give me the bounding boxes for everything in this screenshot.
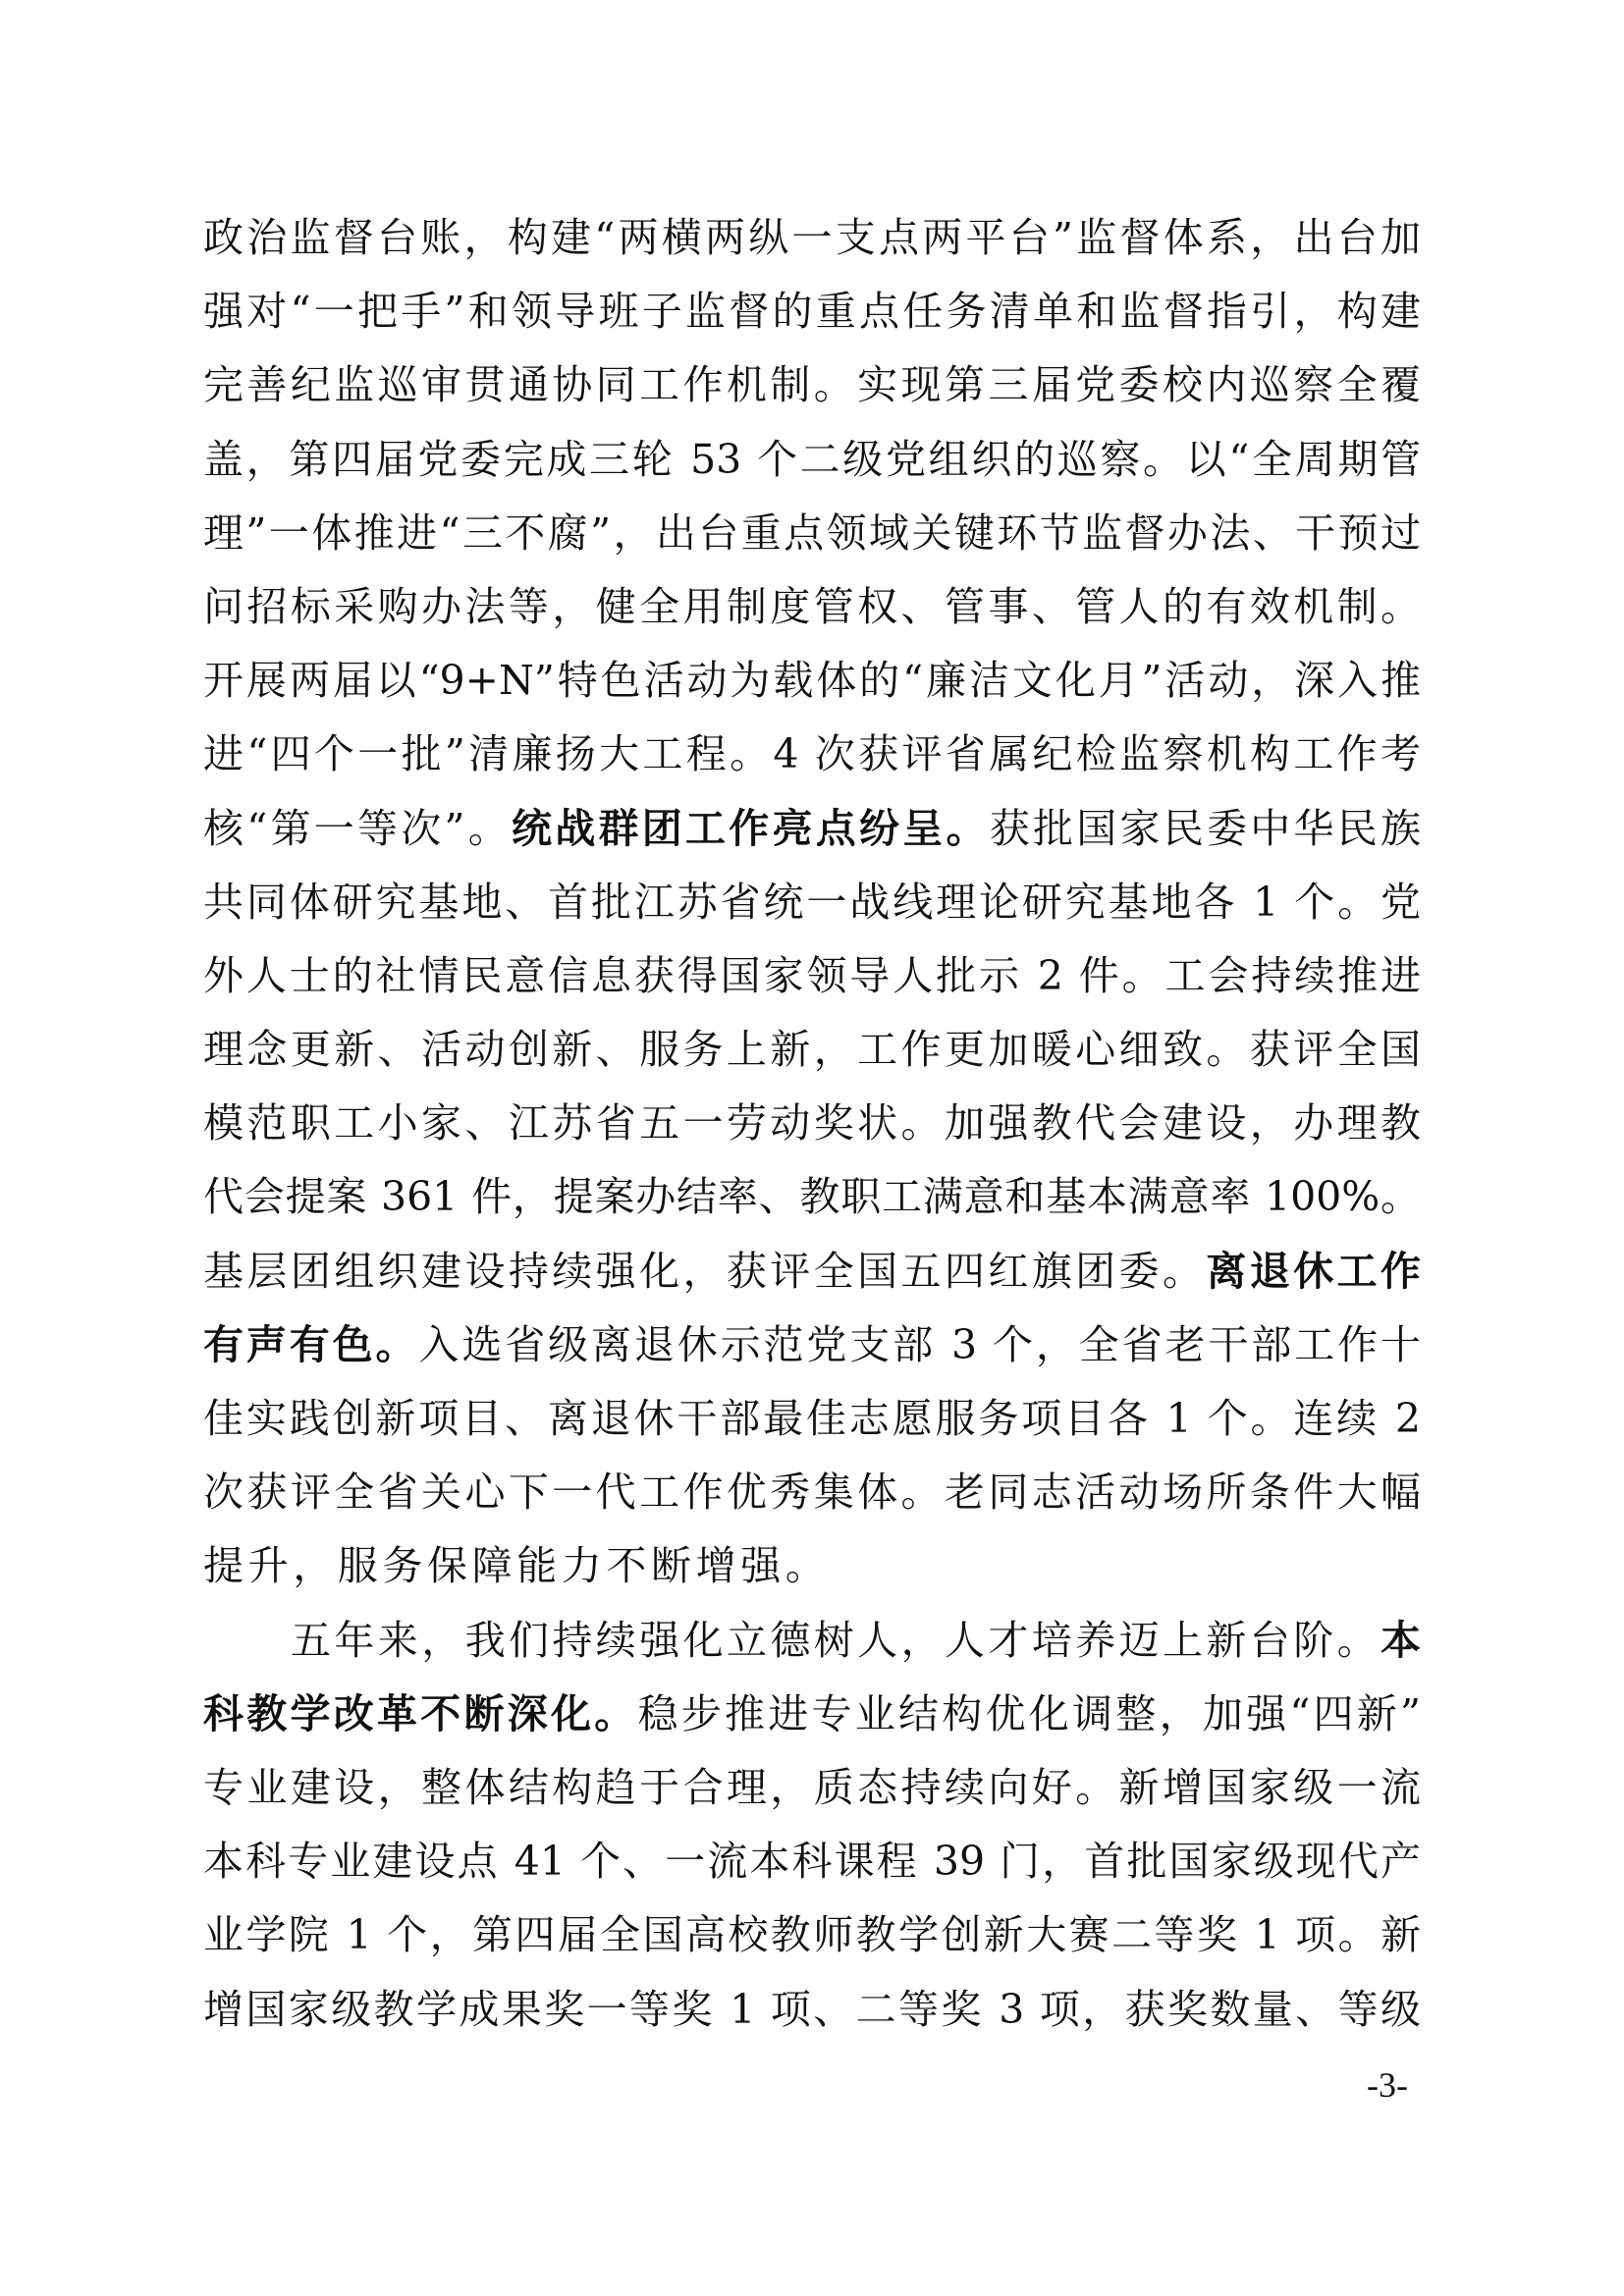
body-text-segment: 理念更新、活动创新、服务上新，工作更加暖心细致。获评全国: [203, 1026, 1421, 1073]
bold-heading-text: 本: [1380, 1617, 1421, 1664]
text-line: 基层团组织建设持续强化，获评全国五四红旗团委。离退休工作: [203, 1242, 1421, 1315]
text-line: 有声有色。入选省级离退休示范党支部 3 个，全省老干部工作十: [203, 1315, 1421, 1389]
body-text-segment: 基层团组织建设持续强化，获评全国五四红旗团委。: [203, 1248, 1206, 1295]
body-text-segment: 专业建设，整体结构趋于合理，质态持续向好。新增国家级一流: [203, 1764, 1421, 1811]
text-line: 核“第一等次”。统战群团工作亮点纷呈。获批国家民委中华民族: [203, 799, 1421, 873]
body-text-segment: 模范职工小家、江苏省五一劳动奖状。加强教代会建设，办理教: [203, 1099, 1421, 1147]
body-text-segment: 代会提案 361 件，提案办结率、教职工满意和基本满意率 100%。: [203, 1173, 1421, 1220]
body-text-segment: 问招标采购办法等，健全用制度管权、管事、管人的有效机制。: [203, 583, 1421, 630]
text-line: 强对“一把手”和领导班子监督的重点任务清单和监督指引，构建: [203, 282, 1421, 355]
body-text-segment: 增国家级教学成果奖一等奖 1 项、二等奖 3 项，获奖数量、等级: [203, 1986, 1421, 2033]
body-text-segment: 外人士的社情民意信息获得国家领导人批示 2 件。工会持续推进: [203, 952, 1421, 999]
text-line: 理念更新、活动创新、服务上新，工作更加暖心细致。获评全国: [203, 1020, 1421, 1094]
bold-heading-text: 统战群团工作亮点纷呈。: [512, 805, 990, 852]
text-line: 提升，服务保障能力不断增强。: [203, 1536, 1421, 1610]
body-text-segment: 强对“一把手”和领导班子监督的重点任务清单和监督指引，构建: [203, 288, 1421, 335]
body-text-segment: 获批国家民委中华民族: [990, 805, 1421, 852]
body-text-segment: 本科专业建设点 41 个、一流本科课程 39 门，首批国家级现代产: [203, 1838, 1421, 1885]
paragraph: 五年来，我们持续强化立德树人，人才培养迈上新台阶。本科教学改革不断深化。稳步推进…: [203, 1611, 1421, 2054]
bold-heading-text: 有声有色。: [203, 1321, 418, 1368]
text-line: 政治监督台账，构建“两横两纵一支点两平台”监督体系，出台加: [203, 208, 1421, 282]
body-text-segment: 业学院 1 个，第四届全国高校教师教学创新大赛二等奖 1 项。新: [203, 1911, 1421, 1958]
text-line: 科教学改革不断深化。稳步推进专业结构优化调整，加强“四新”: [203, 1684, 1421, 1758]
body-text-segment: 五年来，我们持续强化立德树人，人才培养迈上新台阶。: [291, 1617, 1380, 1664]
text-line: 五年来，我们持续强化立德树人，人才培养迈上新台阶。本: [203, 1611, 1421, 1684]
bold-heading-text: 离退休工作: [1206, 1248, 1421, 1295]
document-page: 政治监督台账，构建“两横两纵一支点两平台”监督体系，出台加强对“一把手”和领导班…: [0, 0, 1624, 2296]
body-text-segment: 共同体研究基地、首批江苏省统一战线理论研究基地各 1 个。党: [203, 879, 1421, 926]
body-text-segment: 提升，服务保障能力不断增强。: [203, 1542, 830, 1589]
text-line: 佳实践创新项目、离退休干部最佳志愿服务项目各 1 个。连续 2: [203, 1389, 1421, 1463]
bold-heading-text: 科教学改革不断深化。: [203, 1690, 638, 1737]
text-line: 外人士的社情民意信息获得国家领导人批示 2 件。工会持续推进: [203, 946, 1421, 1020]
body-text-segment: 稳步推进专业结构优化调整，加强“四新”: [638, 1690, 1421, 1737]
text-line: 本科专业建设点 41 个、一流本科课程 39 门，首批国家级现代产: [203, 1832, 1421, 1905]
body-text-segment: 理”一体推进“三不腐”，出台重点领域关键环节监督办法、干预过: [203, 509, 1421, 557]
text-line: 模范职工小家、江苏省五一劳动奖状。加强教代会建设，办理教: [203, 1094, 1421, 1167]
text-line: 问招标采购办法等，健全用制度管权、管事、管人的有效机制。: [203, 577, 1421, 651]
text-line: 业学院 1 个，第四届全国高校教师教学创新大赛二等奖 1 项。新: [203, 1905, 1421, 1979]
paragraph: 政治监督台账，构建“两横两纵一支点两平台”监督体系，出台加强对“一把手”和领导班…: [203, 208, 1421, 1611]
text-line: 专业建设，整体结构趋于合理，质态持续向好。新增国家级一流: [203, 1758, 1421, 1832]
text-line: 代会提案 361 件，提案办结率、教职工满意和基本满意率 100%。: [203, 1167, 1421, 1241]
body-text-segment: 盖，第四届党委完成三轮 53 个二级党组织的巡察。以“全周期管: [203, 436, 1421, 483]
text-line: 增国家级教学成果奖一等奖 1 项、二等奖 3 项，获奖数量、等级: [203, 1980, 1421, 2054]
text-line: 完善纪监巡审贯通协同工作机制。实现第三届党委校内巡察全覆: [203, 355, 1421, 429]
text-line: 盖，第四届党委完成三轮 53 个二级党组织的巡察。以“全周期管: [203, 430, 1421, 504]
body-text-segment: 佳实践创新项目、离退休干部最佳志愿服务项目各 1 个。连续 2: [203, 1395, 1421, 1442]
text-line: 进“四个一批”清廉扬大工程。4 次获评省属纪检监察机构工作考: [203, 724, 1421, 798]
body-text: 政治监督台账，构建“两横两纵一支点两平台”监督体系，出台加强对“一把手”和领导班…: [203, 208, 1421, 2054]
text-line: 理”一体推进“三不腐”，出台重点领域关键环节监督办法、干预过: [203, 504, 1421, 577]
page-number: -3-: [1367, 2065, 1408, 2105]
body-text-segment: 次获评全省关心下一代工作优秀集体。老同志活动场所条件大幅: [203, 1468, 1421, 1516]
body-text-segment: 核“第一等次”。: [203, 805, 512, 852]
body-text-segment: 完善纪监巡审贯通协同工作机制。实现第三届党委校内巡察全覆: [203, 361, 1421, 408]
body-text-segment: 政治监督台账，构建“两横两纵一支点两平台”监督体系，出台加: [203, 214, 1421, 261]
body-text-segment: 入选省级离退休示范党支部 3 个，全省老干部工作十: [418, 1321, 1421, 1368]
body-text-segment: 开展两届以“9+N”特色活动为载体的“廉洁文化月”活动，深入推: [203, 657, 1421, 704]
text-line: 开展两届以“9+N”特色活动为载体的“廉洁文化月”活动，深入推: [203, 651, 1421, 724]
body-text-segment: 进“四个一批”清廉扬大工程。4 次获评省属纪检监察机构工作考: [203, 730, 1421, 777]
text-line: 共同体研究基地、首批江苏省统一战线理论研究基地各 1 个。党: [203, 873, 1421, 946]
text-line: 次获评全省关心下一代工作优秀集体。老同志活动场所条件大幅: [203, 1463, 1421, 1536]
